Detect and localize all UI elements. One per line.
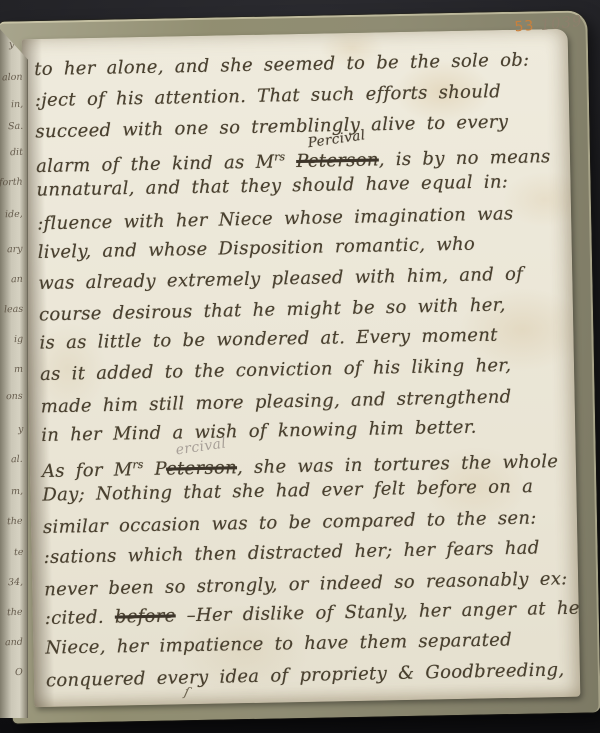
facing-page-text-fragment: ary — [7, 245, 23, 256]
facing-page-text-fragment: Sa. — [8, 122, 24, 133]
segment-text: Niece, her impatience to have them separ… — [45, 629, 512, 658]
manuscript-text-segment: in her Mind a wish of knowing him better… — [41, 417, 477, 446]
manuscript-text-segment: was already extremely pleased with him, … — [38, 263, 523, 293]
facing-page-text-fragment: forth — [0, 178, 23, 189]
manuscript-text-segment: rs — [274, 151, 285, 172]
segment-text: made him still more pleasing, and streng… — [40, 386, 511, 417]
segment-text: was already extremely pleased with him, … — [38, 263, 523, 293]
facing-page-text-fragment: 34, — [8, 578, 23, 589]
facing-page-text-fragment: y — [17, 425, 23, 435]
manuscript-text-segment: :ject of his attention. That such effort… — [35, 81, 502, 111]
manuscript-text-segment: rs — [132, 459, 143, 480]
facing-page-text-fragment: dit — [10, 148, 23, 158]
manuscript-text-segment: to her alone, and she seemed to be the s… — [34, 50, 530, 81]
segment-text: unnatural, and that they should have equ… — [36, 171, 508, 200]
segment-text: :cited. — [45, 607, 116, 629]
segment-text — [285, 151, 296, 172]
struck-word: etersonercival — [166, 457, 237, 479]
manuscript-page: to her alone, and she seemed to be the s… — [22, 29, 581, 707]
segment-text: similar occasion was to be compared to t… — [43, 507, 537, 537]
segment-text: eterson — [166, 457, 237, 479]
facing-page-text-fragment: ig — [14, 335, 23, 345]
segment-text: Day; Nothing that she had ever felt befo… — [42, 476, 533, 506]
segment-text: rs — [132, 458, 143, 471]
segment-text: to her alone, and she seemed to be the s… — [34, 50, 530, 81]
segment-text: lively, and whose Disposition romantic, … — [38, 234, 476, 263]
folio-number-stamp: 53 — [514, 18, 535, 35]
segment-text: before — [115, 605, 176, 627]
manuscript-text-segment: :cited. — [45, 607, 116, 629]
manuscript-lines: to her alone, and she seemed to be the s… — [34, 45, 574, 707]
facing-page-text-fragment: the — [7, 517, 23, 528]
manuscript-text-segment: as it added to the conviction of his lik… — [40, 355, 512, 385]
manuscript-text-segment: unnatural, and that they should have equ… — [36, 171, 508, 200]
segment-text: P — [143, 458, 166, 479]
facing-page-text-fragment: te — [13, 548, 23, 558]
struck-word: PetersonPercival — [296, 149, 379, 172]
manuscript-text-segment: is as little to be wondered at. Every mo… — [39, 324, 498, 353]
struck-word: before — [115, 605, 176, 627]
segment-text: is as little to be wondered at. Every mo… — [39, 324, 498, 353]
segment-text: as it added to the conviction of his lik… — [40, 355, 512, 385]
segment-text: :sations which then distracted her; her … — [43, 537, 539, 568]
segment-text: :ject of his attention. That such effort… — [35, 81, 502, 111]
facing-page-text-fragment: an — [11, 275, 23, 285]
segment-text: Peterson — [296, 149, 379, 172]
manuscript-text-segment: P — [143, 458, 166, 479]
segment-text: in her Mind a wish of knowing him better… — [41, 417, 477, 446]
facing-page-text-fragment: in, — [11, 100, 24, 110]
facing-page-text-fragment: and — [5, 638, 23, 649]
facing-page-text-fragment: O — [15, 668, 23, 678]
manuscript-text-segment: made him still more pleasing, and streng… — [40, 386, 511, 417]
segment-text: rs — [274, 150, 285, 163]
facing-page-text-fragment: m — [14, 365, 23, 375]
facing-page-text-fragment: m, — [11, 487, 23, 497]
manuscript-text-segment: :sations which then distracted her; her … — [43, 537, 539, 568]
facing-page-text-fragment: the — [7, 608, 23, 619]
manuscript-text-segment: Niece, her impatience to have them separ… — [45, 629, 512, 658]
manuscript-text-segment — [285, 151, 296, 172]
notebook: to her alone, and she seemed to be the s… — [0, 10, 600, 723]
segment-text: As for M — [42, 459, 133, 482]
facing-page-text-fragment: ons — [6, 392, 23, 403]
manuscript-text-segment: lively, and whose Disposition romantic, … — [38, 234, 476, 263]
manuscript-text-segment: similar occasion was to be compared to t… — [43, 507, 537, 537]
manuscript-text-segment: As for M — [42, 459, 133, 482]
manuscript-text-segment: –Her dislike of Stanly, her anger at her — [175, 598, 580, 627]
facing-page-text-fragment: alon — [2, 73, 23, 84]
facing-page-text-fragment: leas — [4, 305, 24, 316]
facing-page-text-fragment: al. — [11, 455, 23, 465]
facing-page-text-fragment: ide, — [5, 210, 23, 221]
manuscript-text-segment: Day; Nothing that she had ever felt befo… — [42, 476, 533, 506]
segment-text: –Her dislike of Stanly, her anger at her — [175, 598, 580, 627]
segment-text: conquered every idea of propriety & Good… — [46, 659, 565, 691]
manuscript-text-segment: conquered every idea of propriety & Good… — [46, 659, 565, 691]
facing-page-edge: y oalonin,Sa.ditforthide,aryanleasigmons… — [0, 25, 28, 718]
manuscript-photograph: to her alone, and she seemed to be the s… — [0, 0, 600, 733]
